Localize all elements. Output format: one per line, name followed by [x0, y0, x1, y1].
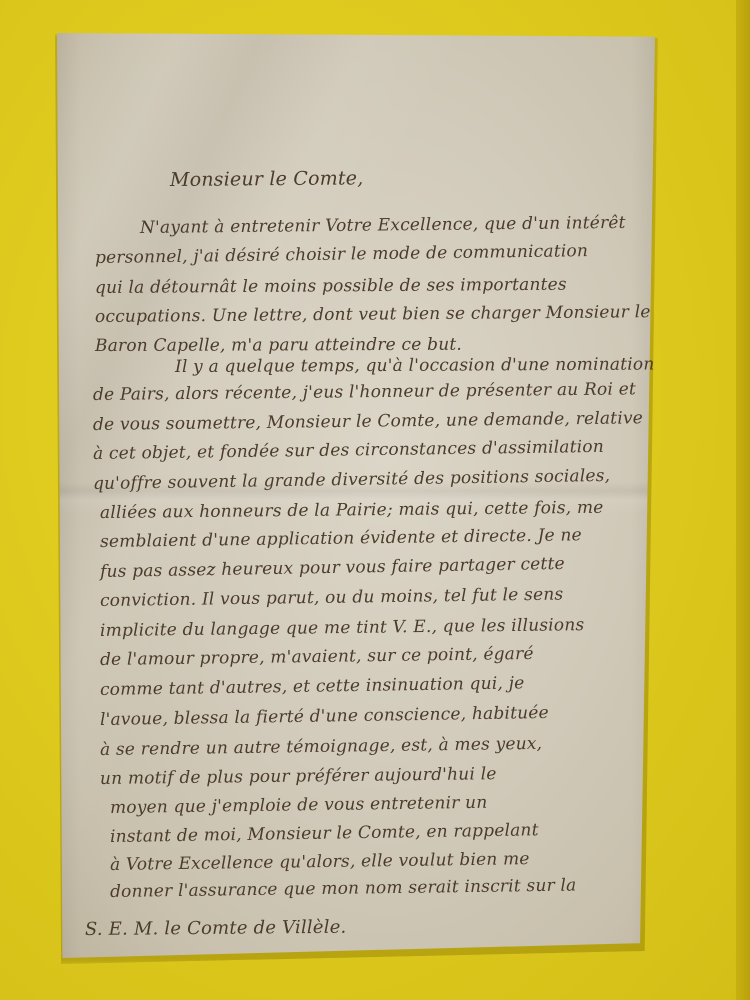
letter-line: à se rendre un autre témoignage, est, à … — [100, 734, 542, 760]
letter-line: de vous soumettre, Monsieur le Comte, un… — [93, 408, 643, 435]
letter-line: de l'amour propre, m'avaient, sur ce poi… — [100, 644, 534, 670]
letter-line: comme tant d'autres, et cette insinuatio… — [100, 673, 525, 700]
letter-line: implicite du langage que me tint V. E., … — [100, 615, 585, 641]
addressee-line: S. E. M. le Comte de Villèle. — [85, 918, 347, 940]
letter-line: de Pairs, alors récente, j'eus l'honneur… — [93, 379, 636, 405]
letter-line: moyen que j'emploie de vous entretenir u… — [110, 793, 488, 818]
letter-line: à cet objet, et fondée sur des circonsta… — [93, 437, 604, 464]
handwritten-letter: Monsieur le Comte, N'ayant à entretenir … — [0, 0, 750, 1000]
letter-line: qu'offre souvent la grande diversité des… — [93, 466, 611, 494]
letter-line: donner l'assurance que mon nom serait in… — [110, 875, 577, 902]
letter-line: occupations. Une lettre, dont veut bien … — [95, 302, 651, 327]
letter-line: Il y a quelque temps, qu'à l'occasion d'… — [175, 354, 655, 377]
letter-line: alliées aux honneurs de la Pairie; mais … — [100, 498, 604, 523]
letter-line: personnel, j'ai désiré choisir le mode d… — [95, 241, 588, 268]
letter-line: Baron Capelle, m'a paru atteindre ce but… — [95, 335, 462, 356]
letter-line: qui la détournât le moins possible de se… — [95, 275, 567, 298]
letter-line: N'ayant à entretenir Votre Excellence, q… — [140, 213, 626, 238]
letter-line: fus pas assez heureux pour vous faire pa… — [100, 554, 565, 582]
letter-line: semblaient d'une application évidente et… — [100, 525, 582, 552]
letter-line: à Votre Excellence qu'alors, elle voulut… — [110, 849, 530, 875]
letter-line: conviction. Il vous parut, ou du moins, … — [100, 585, 564, 611]
letter-line: instant de moi, Monsieur le Comte, en ra… — [110, 820, 539, 847]
letter-line: un motif de plus pour préférer aujourd'h… — [100, 764, 497, 789]
letter-line: l'avoue, blessa la fierté d'une conscien… — [100, 703, 549, 730]
salutation: Monsieur le Comte, — [170, 168, 364, 190]
